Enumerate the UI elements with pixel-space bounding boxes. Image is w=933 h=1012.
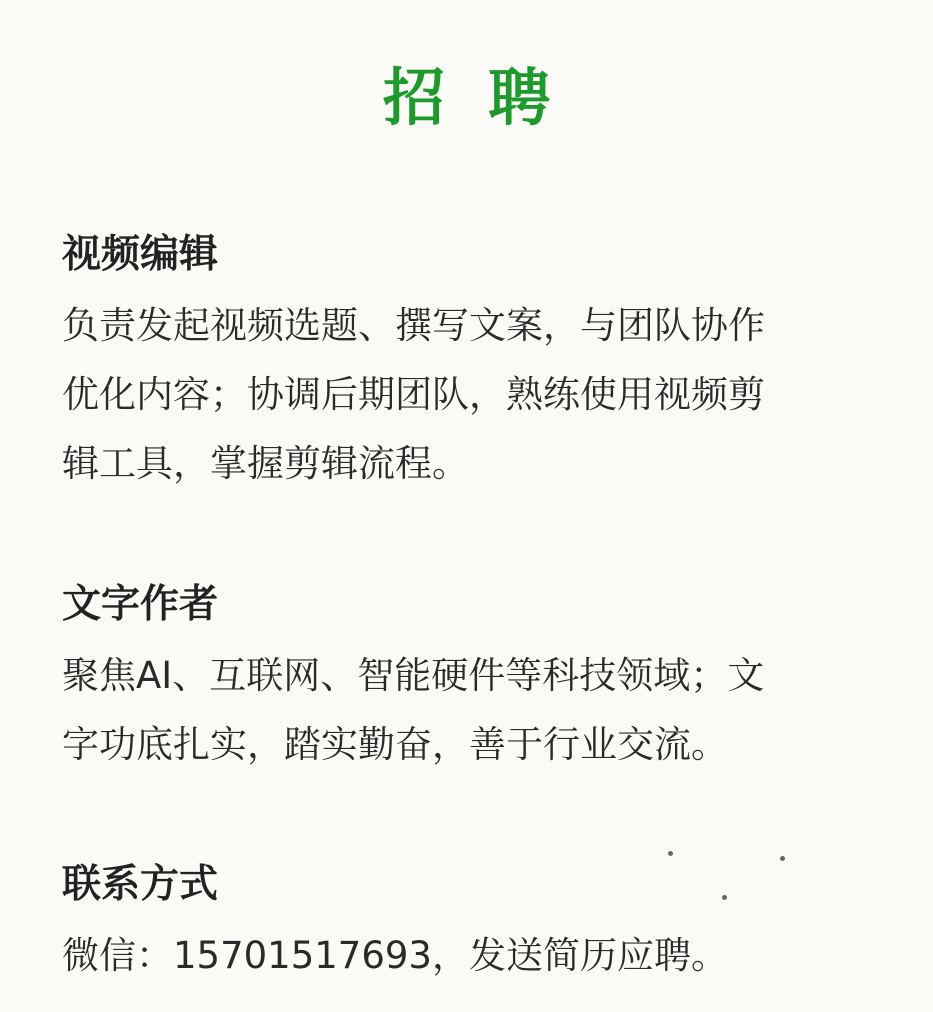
section-heading: 视频编辑	[62, 229, 862, 281]
section-text-line: 字功底扎实，踏实勤奋，善于行业交流。	[62, 710, 862, 779]
section-text-line: 负责发起视频选题、撰写文案，与团队协作	[62, 291, 862, 360]
section-text-line: 聚焦AI、互联网、智能硬件等科技领域；文	[62, 641, 862, 710]
section-text-line: 辑工具，掌握剪辑流程。	[62, 429, 862, 498]
section-video-editor: 视频编辑 负责发起视频选题、撰写文案，与团队协作 优化内容；协调后期团队，熟练使…	[62, 229, 862, 498]
decorative-dot	[668, 851, 673, 856]
section-text-writer: 文字作者 聚焦AI、互联网、智能硬件等科技领域；文 字功底扎实，踏实勤奋，善于行…	[62, 579, 862, 779]
section-contact: 联系方式 微信：15701517693，发送简历应聘。	[62, 859, 862, 990]
section-heading: 联系方式	[62, 859, 862, 911]
page-title: 招 聘	[0, 58, 933, 138]
decorative-dot	[780, 856, 785, 861]
decorative-dot	[722, 895, 727, 900]
contact-wechat-line: 微信：15701517693，发送简历应聘。	[62, 921, 862, 990]
section-text-line: 优化内容；协调后期团队，熟练使用视频剪	[62, 360, 862, 429]
section-heading: 文字作者	[62, 579, 862, 631]
